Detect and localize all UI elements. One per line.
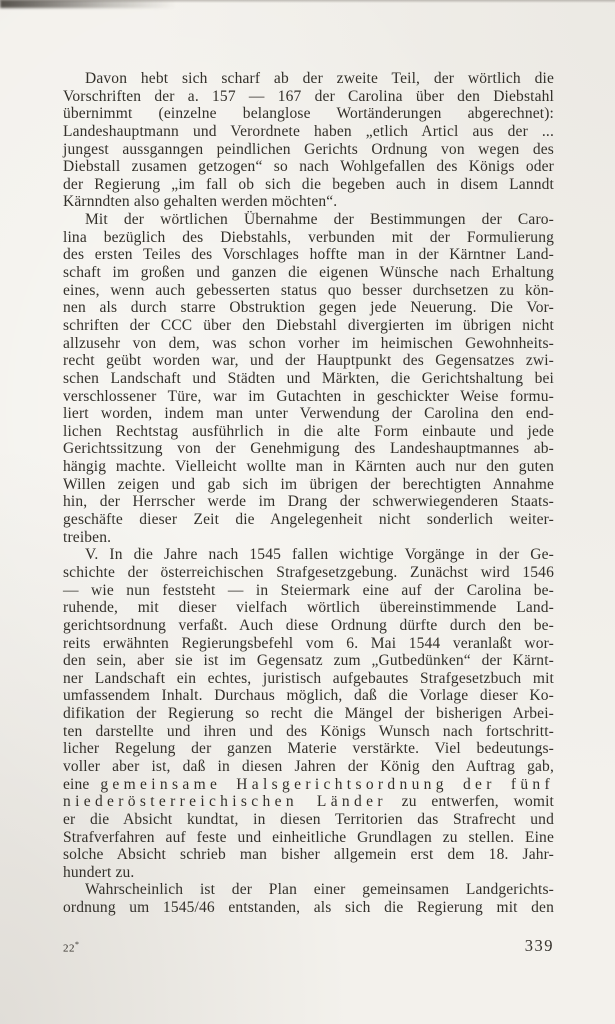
paragraph: V. In die Jahre nach 1545 fallen wichtig… [63, 546, 554, 881]
text-line: geschäfte dieser Zeit die Angelegenheit … [63, 511, 554, 529]
text-line: umfassendem Inhalt. Durchaus möglich, da… [63, 687, 554, 705]
scan-artifact-streak [0, 0, 195, 8]
paragraph: Wahrscheinlich ist der Plan einer gemein… [63, 881, 554, 916]
paragraph: Davon hebt sich scharf ab der zweite Tei… [63, 70, 554, 211]
book-page: Davon hebt sich scharf ab der zweite Tei… [0, 0, 615, 1024]
text-line: gerichtsordnung verfaßt. Auch diese Ordn… [63, 617, 554, 635]
text-line: Diebstall zusamen getzogen“ so nach Wohl… [63, 158, 554, 176]
text-line: Strafverfahren auf feste und einheitlich… [63, 829, 554, 847]
text-line: voller aber ist, daß in diesen Jahren de… [63, 758, 554, 776]
text-line: — wie nun feststeht — in Steiermark eine… [63, 582, 554, 600]
text-line: ruhende, mit dieser vielfach wörtlich üb… [63, 599, 554, 617]
text-line: V. In die Jahre nach 1545 fallen wichtig… [63, 546, 554, 564]
text-line: hin, der Herrscher werde im Drang der sc… [63, 493, 554, 511]
text-line: lina bezüglich des Diebstahls, verbunden… [63, 229, 554, 247]
text-line: reits erwähnten Regierungsbefehl vom 6. … [63, 635, 554, 653]
text-line: lichen Rechtstag ausführlich in die alte… [63, 423, 554, 441]
text-line: schen Landschaft und Städten und Märkten… [63, 370, 554, 388]
page-number: 339 [525, 936, 554, 956]
paragraph: Mit der wörtlichen Übernahme der Bestimm… [63, 211, 554, 546]
text-line: den sein, aber sie ist im Gegensatz zum … [63, 652, 554, 670]
text-line: Kärnndten also gehalten werden möchten“. [63, 193, 554, 211]
text-line: er die Absicht kundtat, in diesen Territ… [63, 811, 554, 829]
page-footer: 22* 339 [63, 936, 554, 958]
text-line: eines, wenn auch gebesserten status quo … [63, 282, 554, 300]
text-line: allzusehr von dem, was schon vorher im h… [63, 335, 554, 353]
text-line: ten darstellte und ihren und des Königs … [63, 723, 554, 741]
text-line: niederösterreichischen Länder zu entwerf… [63, 793, 554, 811]
text-line: Willen zeigen und gab sich im übrigen de… [63, 476, 554, 494]
text-line: solche Absicht schrieb man bisher allgem… [63, 846, 554, 864]
text-line: difikation der Regierung so recht die Mä… [63, 705, 554, 723]
text-line: der Regierung „im fall ob sich die begeb… [63, 176, 554, 194]
text-line: schriften der CCC über den Diebstahl div… [63, 317, 554, 335]
text-run: eine [63, 776, 100, 793]
text-line: ordnung um 1545/46 entstanden, als sich … [63, 899, 554, 917]
letterspaced-text: niederösterreichischen Länder [63, 793, 387, 810]
text-line: Mit der wörtlichen Übernahme der Bestimm… [63, 211, 554, 229]
text-line: hängig machte. Vielleicht wollte man in … [63, 458, 554, 476]
signature-number: 22 [63, 943, 75, 955]
letterspaced-text: gemeinsame Halsgerichtsordnung der fünf [100, 776, 554, 793]
text-line: Wahrscheinlich ist der Plan einer gemein… [63, 881, 554, 899]
text-line: Davon hebt sich scharf ab der zweite Tei… [63, 70, 554, 88]
text-line: treiben. [63, 529, 554, 547]
text-line: des ersten Teiles des Vorschlages hoffte… [63, 246, 554, 264]
text-line: schichte der österreichischen Strafgeset… [63, 564, 554, 582]
text-line: licher Regelung der ganzen Materie verst… [63, 740, 554, 758]
text-line: Landeshauptmann und Verordnete haben „et… [63, 123, 554, 141]
text-block: Davon hebt sich scharf ab der zweite Tei… [63, 70, 554, 917]
text-line: übernimmt (einzelne belanglose Wortänder… [63, 105, 554, 123]
text-line: liert worden, indem man unter Verwendung… [63, 405, 554, 423]
text-line: schaft im großen und ganzen die eigenen … [63, 264, 554, 282]
signature-asterisk: * [75, 940, 80, 949]
signature-mark: 22* [63, 940, 80, 955]
text-line: Vorschriften der a. 157 — 167 der Caroli… [63, 88, 554, 106]
text-line: eine gemeinsame Halsgerichtsordnung der … [63, 776, 554, 794]
text-line: ner Landschaft ein echtes, juristisch au… [63, 670, 554, 688]
text-line: Gerichtssitzung von der Genehmigung des … [63, 440, 554, 458]
text-line: nen als durch starre Obstruktion gegen j… [63, 299, 554, 317]
text-line: recht geübt worden war, und der Hauptpun… [63, 352, 554, 370]
text-line: jungest aussganngen peindlichen Gerichts… [63, 141, 554, 159]
text-line: verschlossener Türe, war im Gutachten in… [63, 388, 554, 406]
text-line: hundert zu. [63, 864, 554, 882]
text-run: zu entwerfen, womit [387, 793, 554, 810]
